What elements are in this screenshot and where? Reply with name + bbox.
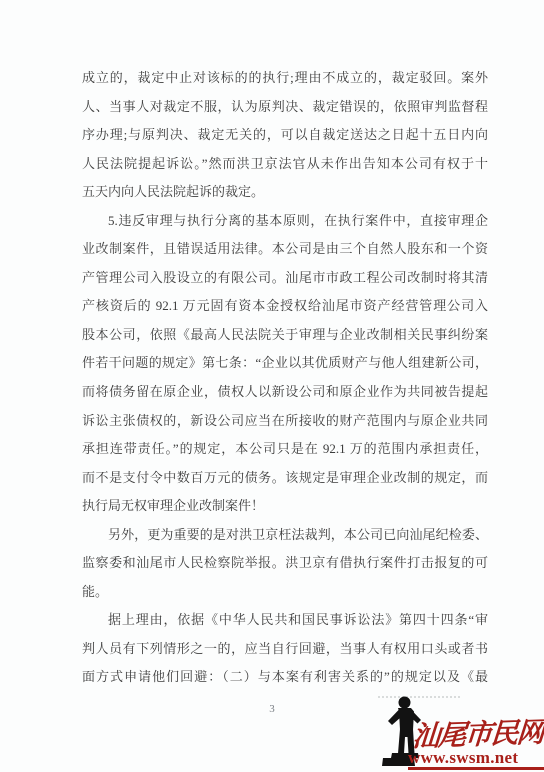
text-line: 面方式申请他们回避：（二）与本案有利害关系的”的规定以及《最 xyxy=(82,663,488,692)
text-line: 承担连带责任。”的规定，本公司只是在 92.1 万的范围内承担责任， xyxy=(82,435,488,464)
text-line: 5.违反审理与执行分离的基本原则，在执行案件中，直接审理企 xyxy=(82,207,488,236)
text-line: 业改制案件，且错误适用法律。本公司是由三个自然人股东和一个资 xyxy=(82,235,488,264)
watermark-site-url: www.swsm.net xyxy=(408,748,518,768)
text-line: 人民法院提起诉讼。”然而洪卫京法官从未作出告知本公司有权于十 xyxy=(82,150,488,179)
text-line: 件若干问题的规定》第七条：“企业以其优质财产与他人组建新公司， xyxy=(82,349,488,378)
text-line: 五天内向人民法院起诉的裁定。 xyxy=(82,178,488,207)
text-line: 能。 xyxy=(82,578,488,607)
text-line: 产管理公司入股设立的有限公司。汕尾市市政工程公司改制时将其清 xyxy=(82,264,488,293)
scanned-document-page: 成立的，裁定中止对该标的的执行;理由不成立的，裁定驳回。案外 人、当事人对裁定不… xyxy=(0,0,544,772)
text-line: 监察委和汕尾市人民检察院举报。洪卫京有借执行案件打击报复的可 xyxy=(82,549,488,578)
site-watermark: 汕尾市民网 www.swsm.net xyxy=(375,695,544,772)
document-body-text: 成立的，裁定中止对该标的的执行;理由不成立的，裁定驳回。案外 人、当事人对裁定不… xyxy=(82,64,488,692)
text-line: 据上理由，依据《中华人民共和国民事诉讼法》第四十四条“审 xyxy=(82,606,488,635)
watermark-underline xyxy=(408,767,544,770)
text-line: 成立的，裁定中止对该标的的执行;理由不成立的，裁定驳回。案外 xyxy=(82,64,488,93)
text-line: 而不是支付令中数百万元的债务。该规定是审理企业改制的规定，而 xyxy=(82,464,488,493)
text-line: 产核资后的 92.1 万元固有资本金授权给汕尾市资产经营管理公司入 xyxy=(82,292,488,321)
text-line: 股本公司，依照《最高人民法院关于审理与企业改制相关民事纠纷案 xyxy=(82,321,488,350)
text-line: 执行局无权审理企业改制案件！ xyxy=(82,492,488,521)
text-line: 序办理;与原判决、裁定无关的，可以自裁定送达之日起十五日内向 xyxy=(82,121,488,150)
text-line: 另外，更为重要的是对洪卫京枉法裁判，本公司已向汕尾纪检委、 xyxy=(82,521,488,550)
text-line: 判人员有下列情形之一的，应当自行回避，当事人有权用口头或者书 xyxy=(82,635,488,664)
text-line: 而将债务留在原企业，债权人以新设公司和原企业作为共同被告提起 xyxy=(82,378,488,407)
text-line: 人、当事人对裁定不服，认为原判决、裁定错误的，依照审判监督程 xyxy=(82,93,488,122)
text-line: 诉讼主张债权的，新设公司应当在所接收的财产范围内与原企业共同 xyxy=(82,407,488,436)
